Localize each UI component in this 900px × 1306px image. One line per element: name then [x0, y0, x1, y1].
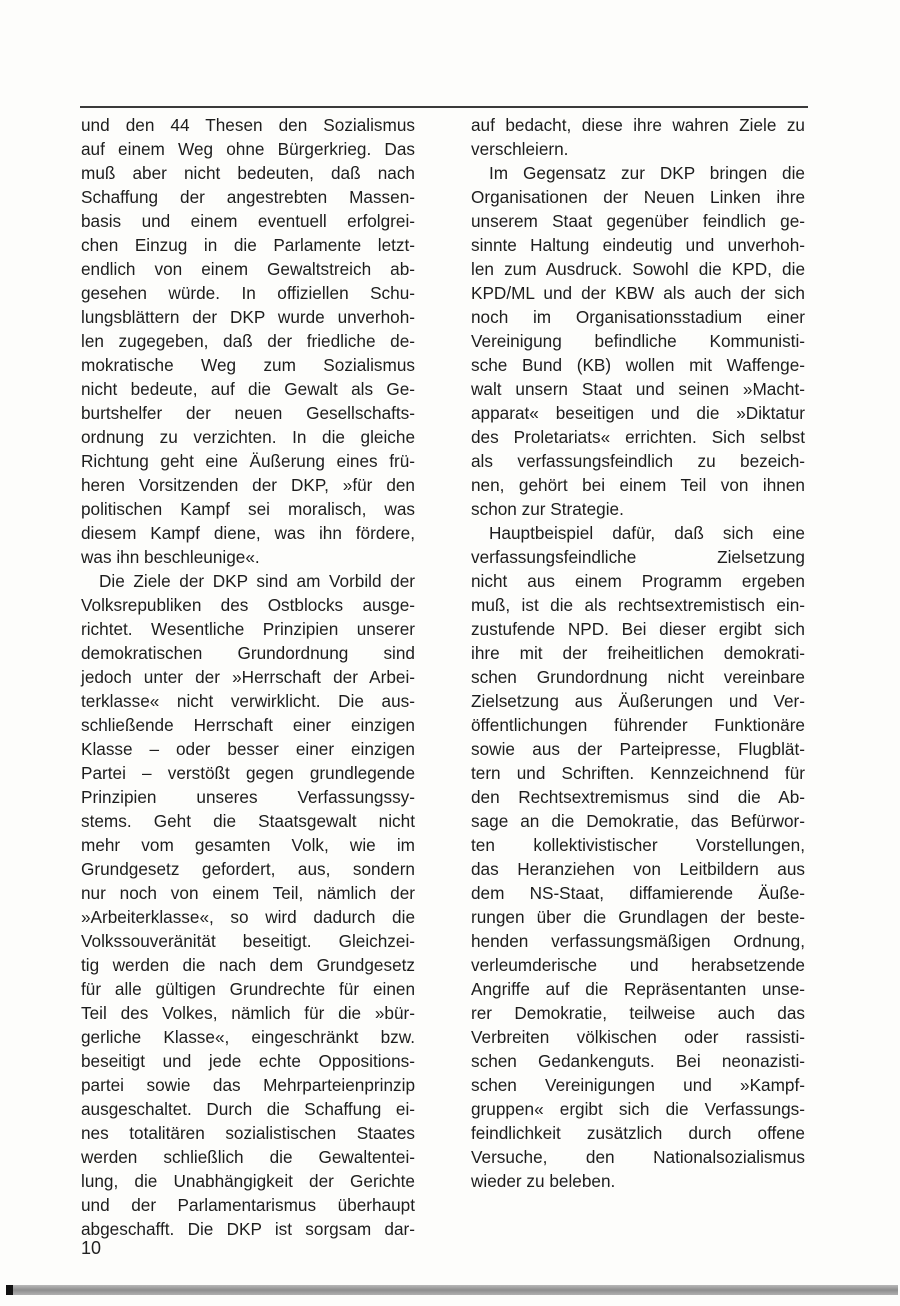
text-line: KPD/ML und der KBW als auch der sich [471, 281, 805, 305]
text-line: Richtung geht eine Äußerung eines frü- [81, 449, 415, 473]
text-line: ausgeschaltet. Durch die Schaffung ei- [81, 1097, 415, 1121]
text-line: chen Einzug in die Parlamente letzt- [81, 233, 415, 257]
text-line: schen Gedankenguts. Bei neonazisti- [471, 1049, 805, 1073]
text-line: walt unsern Staat und seinen »Macht- [471, 377, 805, 401]
text-line: schließende Herrschaft einer einzigen [81, 713, 415, 737]
text-line: richtet. Wesentliche Prinzipien unserer [81, 617, 415, 641]
text-line: Zielsetzung aus Äußerungen und Ver- [471, 689, 805, 713]
text-line: heren Vorsitzenden der DKP, »für den [81, 473, 415, 497]
text-line: auf einem Weg ohne Bürgerkrieg. Das [81, 137, 415, 161]
text-line: unserem Staat gegenüber feindlich ge- [471, 209, 805, 233]
text-line: Klasse – oder besser einer einzigen [81, 737, 415, 761]
text-line: verfassungsfeindliche Zielsetzung [471, 545, 805, 569]
top-rule [80, 106, 808, 108]
text-line: nen, gehört bei einem Teil von ihnen [471, 473, 805, 497]
text-line: gerliche Klasse«, eingeschränkt bzw. [81, 1025, 415, 1049]
text-line: lung, die Unabhängigkeit der Gerichte [81, 1169, 415, 1193]
left-column: und den 44 Thesen den Sozialismusauf ein… [81, 113, 415, 1241]
text-line: Grundgesetz gefordert, aus, sondern [81, 857, 415, 881]
text-line: das Heranziehen von Leitbildern aus [471, 857, 805, 881]
text-line: diesem Kampf diene, was ihn fördere, [81, 521, 415, 545]
scan-edge-bar [6, 1285, 898, 1295]
text-line: demokratischen Grundordnung sind [81, 641, 415, 665]
text-line: partei sowie das Mehrparteienprinzip [81, 1073, 415, 1097]
text-line: gruppen« ergibt sich die Verfassungs- [471, 1097, 805, 1121]
text-line: Partei – verstößt gegen grundlegende [81, 761, 415, 785]
text-line: schon zur Strategie. [471, 497, 805, 521]
text-line: ihre mit der freiheitlichen demokrati- [471, 641, 805, 665]
text-line: schen Vereinigungen und »Kampf- [471, 1073, 805, 1097]
text-line: terklasse« nicht verwirklicht. Die aus- [81, 689, 415, 713]
text-line: feindlichkeit zusätzlich durch offene [471, 1121, 805, 1145]
text-line: als verfassungsfeindlich zu bezeich- [471, 449, 805, 473]
text-line: Schaffung der angestrebten Massen- [81, 185, 415, 209]
text-line: und den 44 Thesen den Sozialismus [81, 113, 415, 137]
text-line: ten kollektivistischer Vorstellungen, [471, 833, 805, 857]
text-line: mehr vom gesamten Volk, wie im [81, 833, 415, 857]
text-line: sche Bund (KB) wollen mit Waffenge- [471, 353, 805, 377]
text-line: Im Gegensatz zur DKP bringen die [471, 161, 805, 185]
text-line: mokratische Weg zum Sozialismus [81, 353, 415, 377]
text-line: verschleiern. [471, 137, 805, 161]
text-line: was ihn beschleunige«. [81, 545, 415, 569]
text-line: muß aber nicht bedeuten, daß nach [81, 161, 415, 185]
text-line: des Proletariats« errichten. Sich selbst [471, 425, 805, 449]
text-line: »Arbeiterklasse«, so wird dadurch die [81, 905, 415, 929]
text-line: ordnung zu verzichten. In die gleiche [81, 425, 415, 449]
text-line: zustufende NPD. Bei dieser ergibt sich [471, 617, 805, 641]
text-line: Angriffe auf die Repräsentanten unse- [471, 977, 805, 1001]
text-line: nicht aus einem Programm ergeben [471, 569, 805, 593]
text-line: sage an die Demokratie, das Befürwor- [471, 809, 805, 833]
text-line: Prinzipien unseres Verfassungssy- [81, 785, 415, 809]
text-line: Die Ziele der DKP sind am Vorbild der [81, 569, 415, 593]
text-line: öffentlichungen führender Funktionäre [471, 713, 805, 737]
text-line: apparat« beseitigen und die »Diktatur [471, 401, 805, 425]
text-line: sowie aus der Parteipresse, Flugblät- [471, 737, 805, 761]
text-line: tig werden die nach dem Grundgesetz [81, 953, 415, 977]
text-line: Organisationen der Neuen Linken ihre [471, 185, 805, 209]
text-line: und der Parlamentarismus überhaupt [81, 1193, 415, 1217]
text-line: auf bedacht, diese ihre wahren Ziele zu [471, 113, 805, 137]
text-line: für alle gültigen Grundrechte für einen [81, 977, 415, 1001]
right-column: auf bedacht, diese ihre wahren Ziele zuv… [471, 113, 805, 1193]
text-line: Volkssouveränität beseitigt. Gleichzei- [81, 929, 415, 953]
scan-edge-cap [6, 1285, 13, 1295]
text-line: Volksrepubliken des Ostblocks ausge- [81, 593, 415, 617]
text-line: den Rechtsextremismus sind die Ab- [471, 785, 805, 809]
text-line: Hauptbeispiel dafür, daß sich eine [471, 521, 805, 545]
text-line: verleumderische und herabsetzende [471, 953, 805, 977]
text-line: tern und Schriften. Kennzeichnend für [471, 761, 805, 785]
text-line: Verbreiten völkischen oder rassisti- [471, 1025, 805, 1049]
text-line: werden schließlich die Gewaltentei- [81, 1145, 415, 1169]
text-line: Versuche, den Nationalsozialismus [471, 1145, 805, 1169]
text-line: schen Grundordnung nicht vereinbare [471, 665, 805, 689]
text-line: nicht bedeute, auf die Gewalt als Ge- [81, 377, 415, 401]
text-line: muß, ist die als rechtsextremistisch ein… [471, 593, 805, 617]
text-line: endlich von einem Gewaltstreich ab- [81, 257, 415, 281]
text-line: nes totalitären sozialistischen Staates [81, 1121, 415, 1145]
text-line: len zugegeben, daß der friedliche de- [81, 329, 415, 353]
text-line: dem NS-Staat, diffamierende Äuße- [471, 881, 805, 905]
text-line: politischen Kampf sei moralisch, was [81, 497, 415, 521]
text-line: abgeschafft. Die DKP ist sorgsam dar- [81, 1217, 415, 1241]
text-line: nur noch von einem Teil, nämlich der [81, 881, 415, 905]
text-line: rungen über die Grundlagen der beste- [471, 905, 805, 929]
text-line: gesehen würde. In offiziellen Schu- [81, 281, 415, 305]
text-line: stems. Geht die Staatsgewalt nicht [81, 809, 415, 833]
text-line: jedoch unter der »Herrschaft der Arbei- [81, 665, 415, 689]
text-line: lungsblättern der DKP wurde unverhoh- [81, 305, 415, 329]
text-line: Teil des Volkes, nämlich für die »bür- [81, 1001, 415, 1025]
page-number: 10 [81, 1238, 101, 1259]
text-line: burtshelfer der neuen Gesellschafts- [81, 401, 415, 425]
text-line: basis und einem eventuell erfolgrei- [81, 209, 415, 233]
text-line: wieder zu beleben. [471, 1169, 805, 1193]
text-line: noch im Organisationsstadium einer [471, 305, 805, 329]
text-line: henden verfassungsmäßigen Ordnung, [471, 929, 805, 953]
text-line: Vereinigung befindliche Kommunisti- [471, 329, 805, 353]
text-line: rer Demokratie, teilweise auch das [471, 1001, 805, 1025]
text-line: sinnte Haltung eindeutig und unverhoh- [471, 233, 805, 257]
text-line: beseitigt und jede echte Oppositions- [81, 1049, 415, 1073]
text-line: len zum Ausdruck. Sowohl die KPD, die [471, 257, 805, 281]
